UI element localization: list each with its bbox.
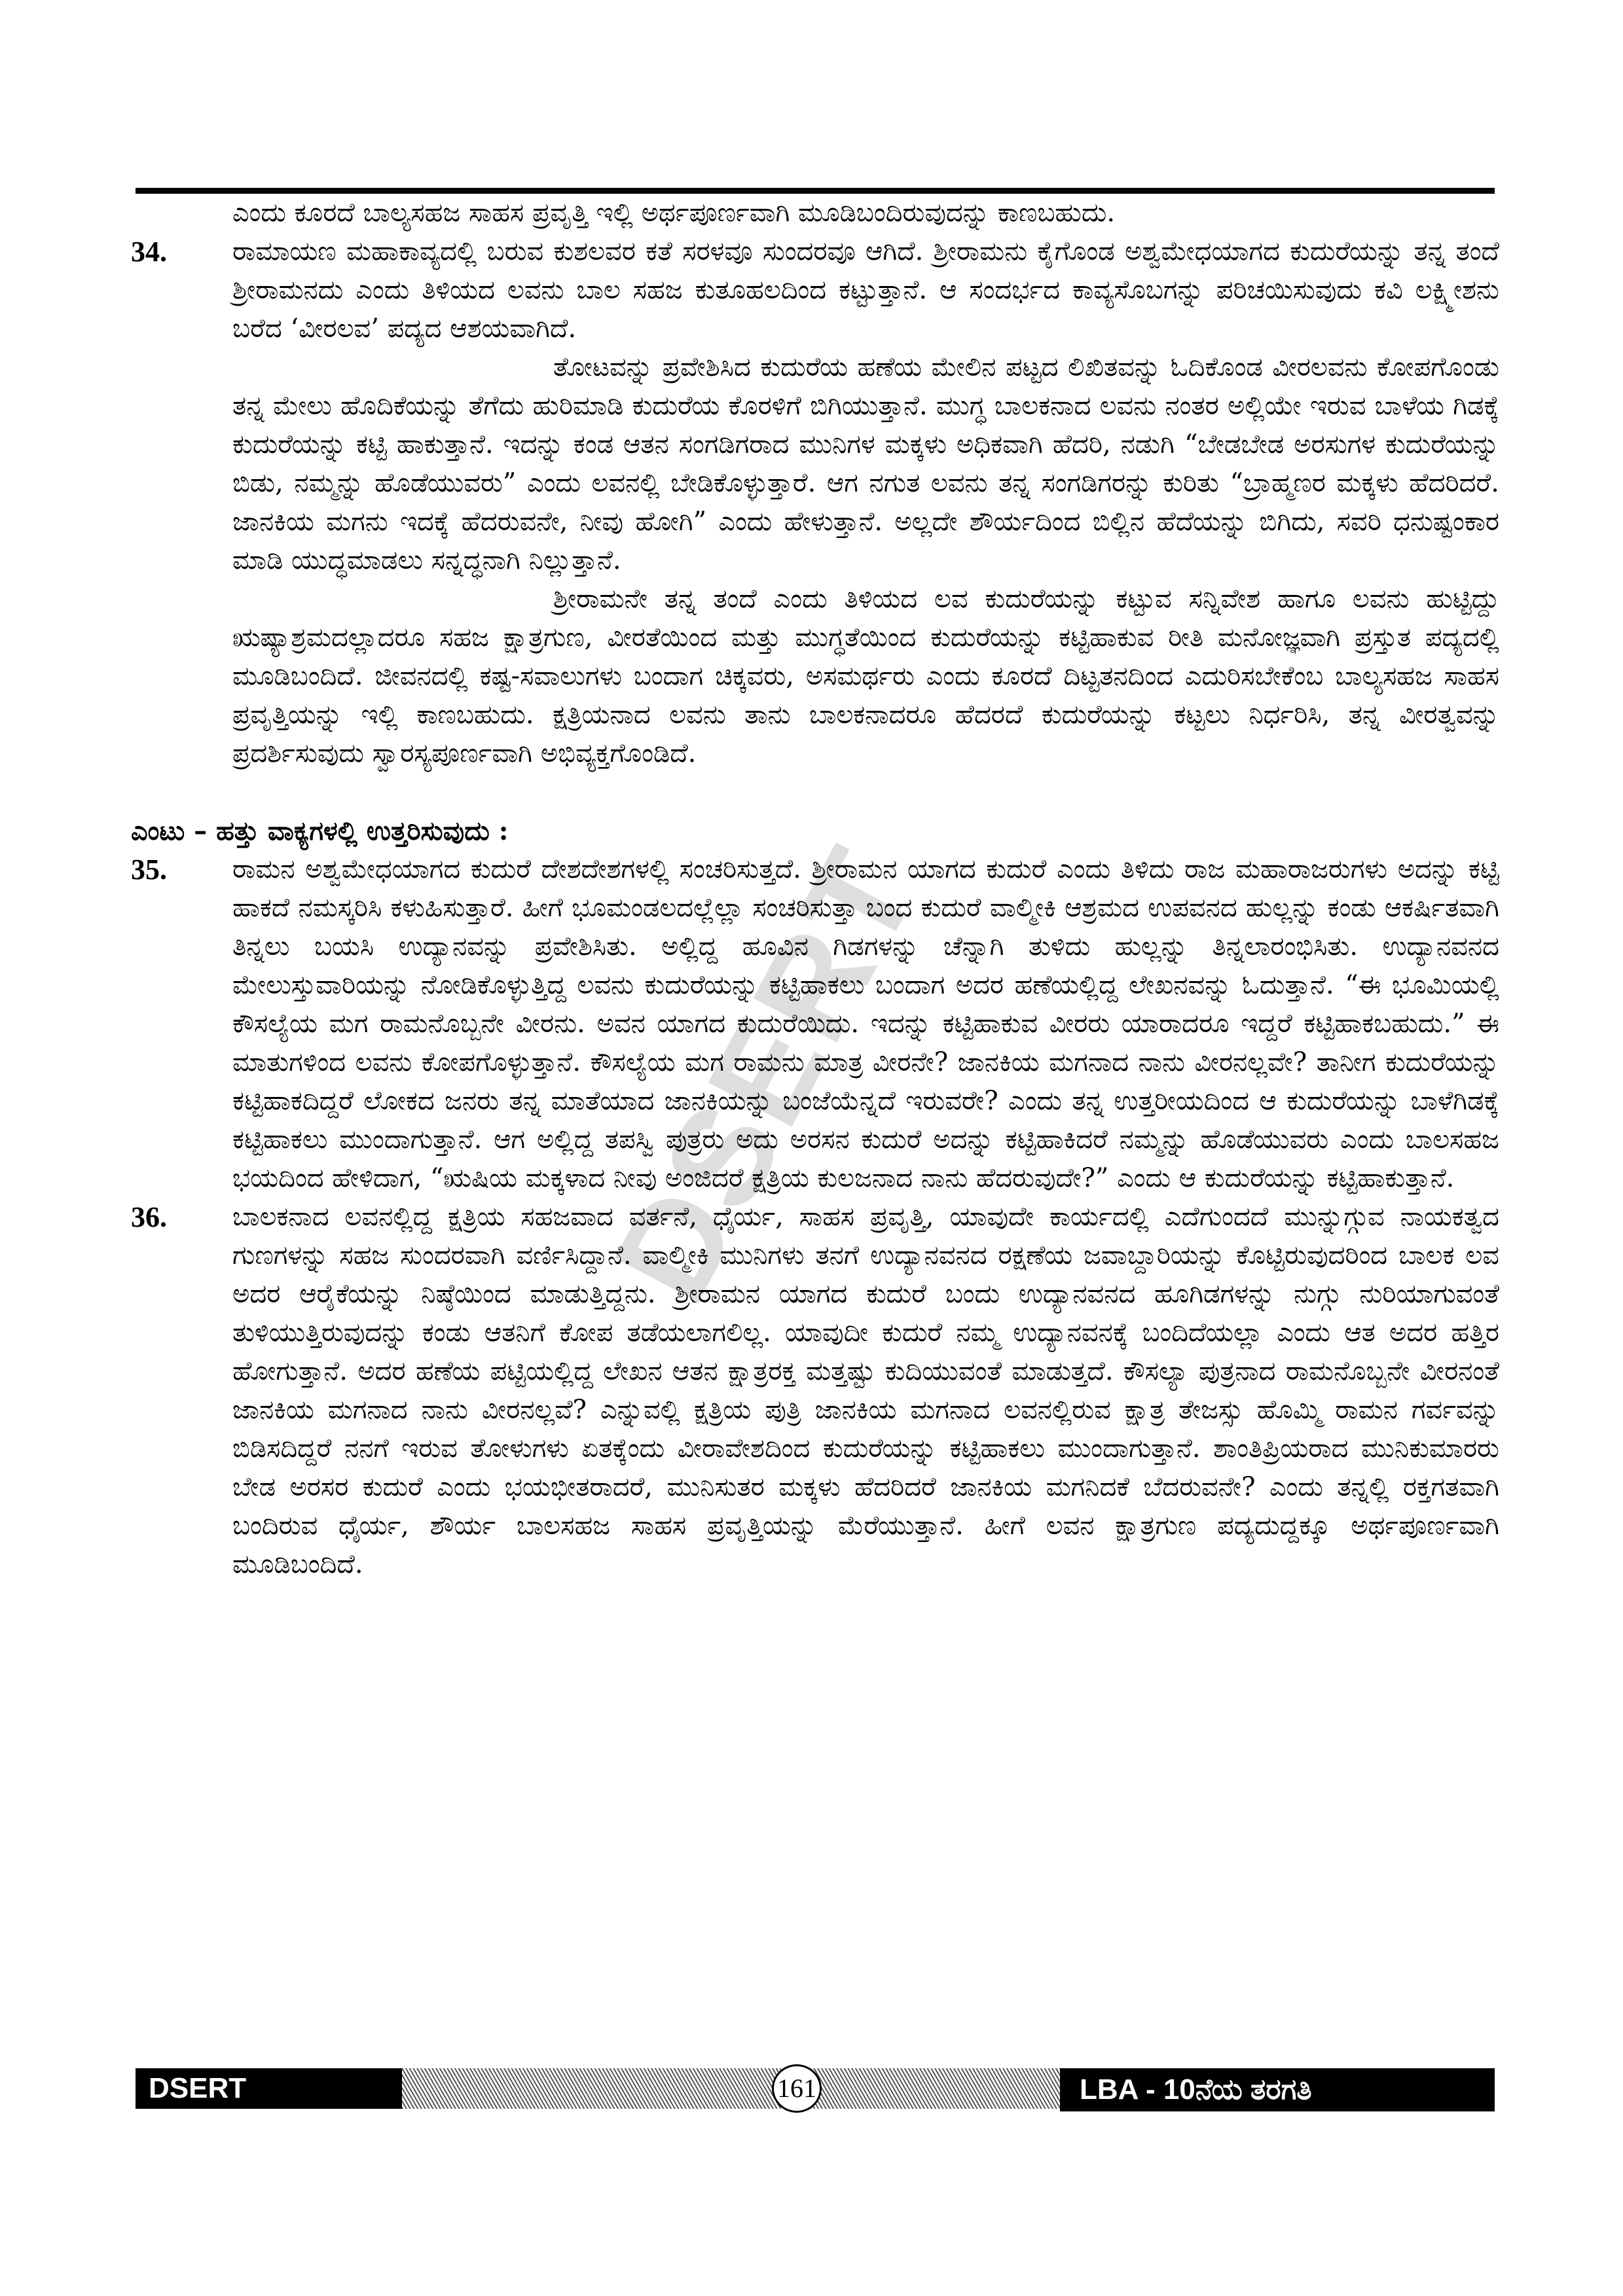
page-footer: DSERT 161 LBA - 10ನೆಯ ತರಗತಿ	[136, 2068, 1495, 2111]
answer-36-text: ಬಾಲಕನಾದ ಲವನಲ್ಲಿದ್ದ ಕ್ಷತ್ರಿಯ ಸಹಜವಾದ ವರ್ತನ…	[232, 1198, 1499, 1584]
answer-34: 34. ರಾಮಾಯಣ ಮಹಾಕಾವ್ಯದಲ್ಲಿ ಬರುವ ಕುಶಲವರ ಕತೆ…	[131, 232, 1499, 773]
answer-34-para-3: ಶ್ರೀರಾಮನೇ ತನ್ನ ತಂದೆ ಎಂದು ತಿಳಿಯದ ಲವ ಕುದುರ…	[232, 580, 1499, 773]
answer-34-para-2: ತೋಟವನ್ನು ಪ್ರವೇಶಿಸಿದ ಕುದುರೆಯ ಹಣೆಯ ಮೇಲಿನ ಪ…	[232, 348, 1499, 580]
answer-34-para-1: ರಾಮಾಯಣ ಮಹಾಕಾವ್ಯದಲ್ಲಿ ಬರುವ ಕುಶಲವರ ಕತೆ ಸರಳ…	[232, 232, 1499, 348]
page-content: ಎಂದು ಕೂರದೆ ಬಾಲ್ಯಸಹಜ ಸಾಹಸ ಪ್ರವೃತ್ತಿ ಇಲ್ಲಿ…	[131, 194, 1499, 1584]
page-number: 161	[772, 2064, 822, 2113]
header-rule	[136, 188, 1495, 194]
footer-hatch-band	[402, 2068, 1060, 2109]
footer-class-label: LBA - 10ನೆಯ ತರಗತಿ	[1060, 2068, 1495, 2111]
continuation-text: ಎಂದು ಕೂರದೆ ಬಾಲ್ಯಸಹಜ ಸಾಹಸ ಪ್ರವೃತ್ತಿ ಇಲ್ಲಿ…	[232, 198, 1115, 228]
answer-36: 36. ಬಾಲಕನಾದ ಲವನಲ್ಲಿದ್ದ ಕ್ಷತ್ರಿಯ ಸಹಜವಾದ ವ…	[131, 1198, 1499, 1584]
continuation-paragraph: ಎಂದು ಕೂರದೆ ಬಾಲ್ಯಸಹಜ ಸಾಹಸ ಪ್ರವೃತ್ತಿ ಇಲ್ಲಿ…	[131, 194, 1499, 232]
question-number: 34.	[131, 232, 167, 271]
question-number: 36.	[131, 1198, 167, 1236]
footer-publisher: DSERT	[136, 2068, 402, 2109]
question-number: 35.	[131, 850, 167, 889]
answer-35-text: ರಾಮನ ಅಶ್ವಮೇಧಯಾಗದ ಕುದುರೆ ದೇಶದೇಶಗಳಲ್ಲಿ ಸಂಚ…	[232, 850, 1499, 1198]
answer-35: 35. ರಾಮನ ಅಶ್ವಮೇಧಯಾಗದ ಕುದುರೆ ದೇಶದೇಶಗಳಲ್ಲಿ…	[131, 850, 1499, 1198]
section-heading: ಎಂಟು – ಹತ್ತು ವಾಕ್ಯಗಳಲ್ಲಿ ಉತ್ತರಿಸುವುದು :	[131, 812, 1499, 850]
